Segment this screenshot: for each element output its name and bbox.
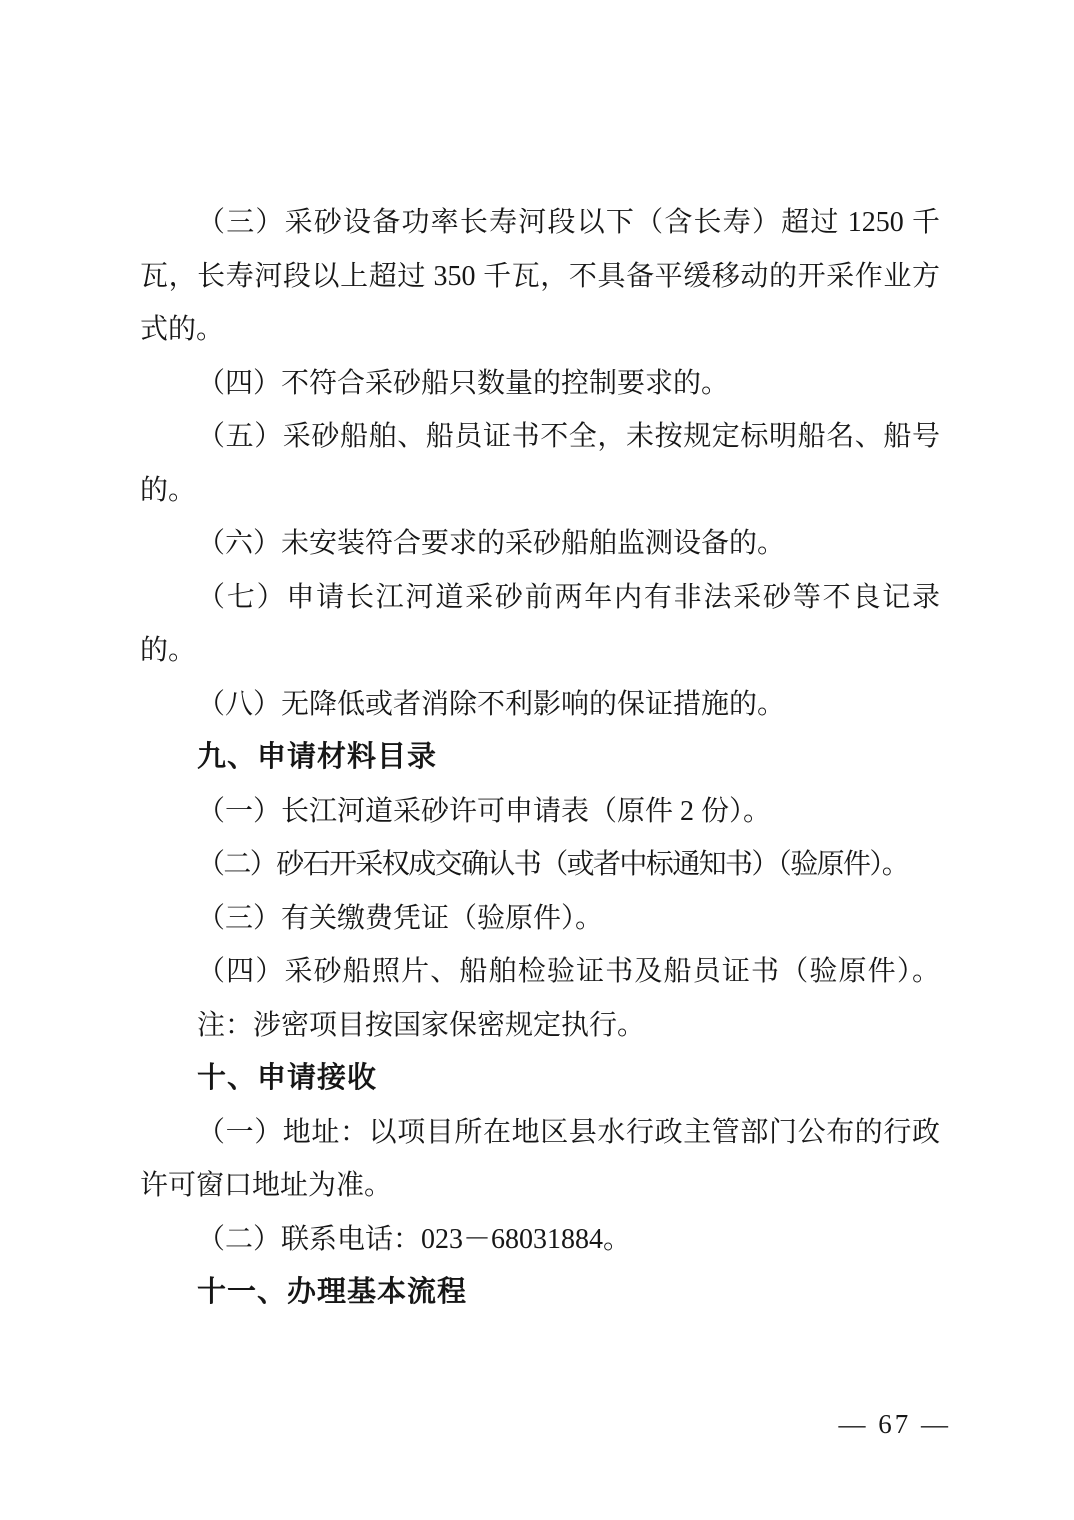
body-line: （七）申请长江河道采砂前两年内有非法采砂等不良记录 (140, 571, 940, 625)
body-line: （二）联系电话：023－68031884。 (140, 1213, 940, 1267)
body-line: （四）不符合采砂船只数量的控制要求的。 (140, 357, 940, 411)
body-line: （四）采砂船照片、船舶检验证书及船员证书（验原件）。 (140, 945, 940, 999)
note-line: 注：涉密项目按国家保密规定执行。 (140, 999, 940, 1053)
body-line: （五）采砂船舶、船员证书不全，未按规定标明船名、船号 (140, 410, 940, 464)
section-heading: 十一、办理基本流程 (140, 1266, 940, 1320)
body-line: （六）未安装符合要求的采砂船舶监测设备的。 (140, 517, 940, 571)
body-line: （二）砂石开采权成交确认书（或者中标通知书）（验原件）。 (140, 838, 940, 892)
body-line: 瓦，长寿河段以上超过 350 千瓦，不具备平缓移动的开采作业方 (140, 250, 940, 304)
body-line: （一）地址：以项目所在地区县水行政主管部门公布的行政 (140, 1106, 940, 1160)
body-line: （三）采砂设备功率长寿河段以下（含长寿）超过 1250 千 (140, 196, 940, 250)
document-body: （三）采砂设备功率长寿河段以下（含长寿）超过 1250 千 瓦，长寿河段以上超过… (140, 196, 940, 1320)
body-line: 式的。 (140, 303, 940, 357)
body-line: （一）长江河道采砂许可申请表（原件 2 份）。 (140, 785, 940, 839)
document-page: （三）采砂设备功率长寿河段以下（含长寿）超过 1250 千 瓦，长寿河段以上超过… (0, 0, 1074, 1520)
body-line: 的。 (140, 624, 940, 678)
body-line: 许可窗口地址为准。 (140, 1159, 940, 1213)
page-number: — 67 — (839, 1398, 952, 1450)
section-heading: 十、申请接收 (140, 1052, 940, 1106)
body-line: （八）无降低或者消除不利影响的保证措施的。 (140, 678, 940, 732)
section-heading: 九、申请材料目录 (140, 731, 940, 785)
body-line: 的。 (140, 464, 940, 518)
body-line: （三）有关缴费凭证（验原件）。 (140, 892, 940, 946)
